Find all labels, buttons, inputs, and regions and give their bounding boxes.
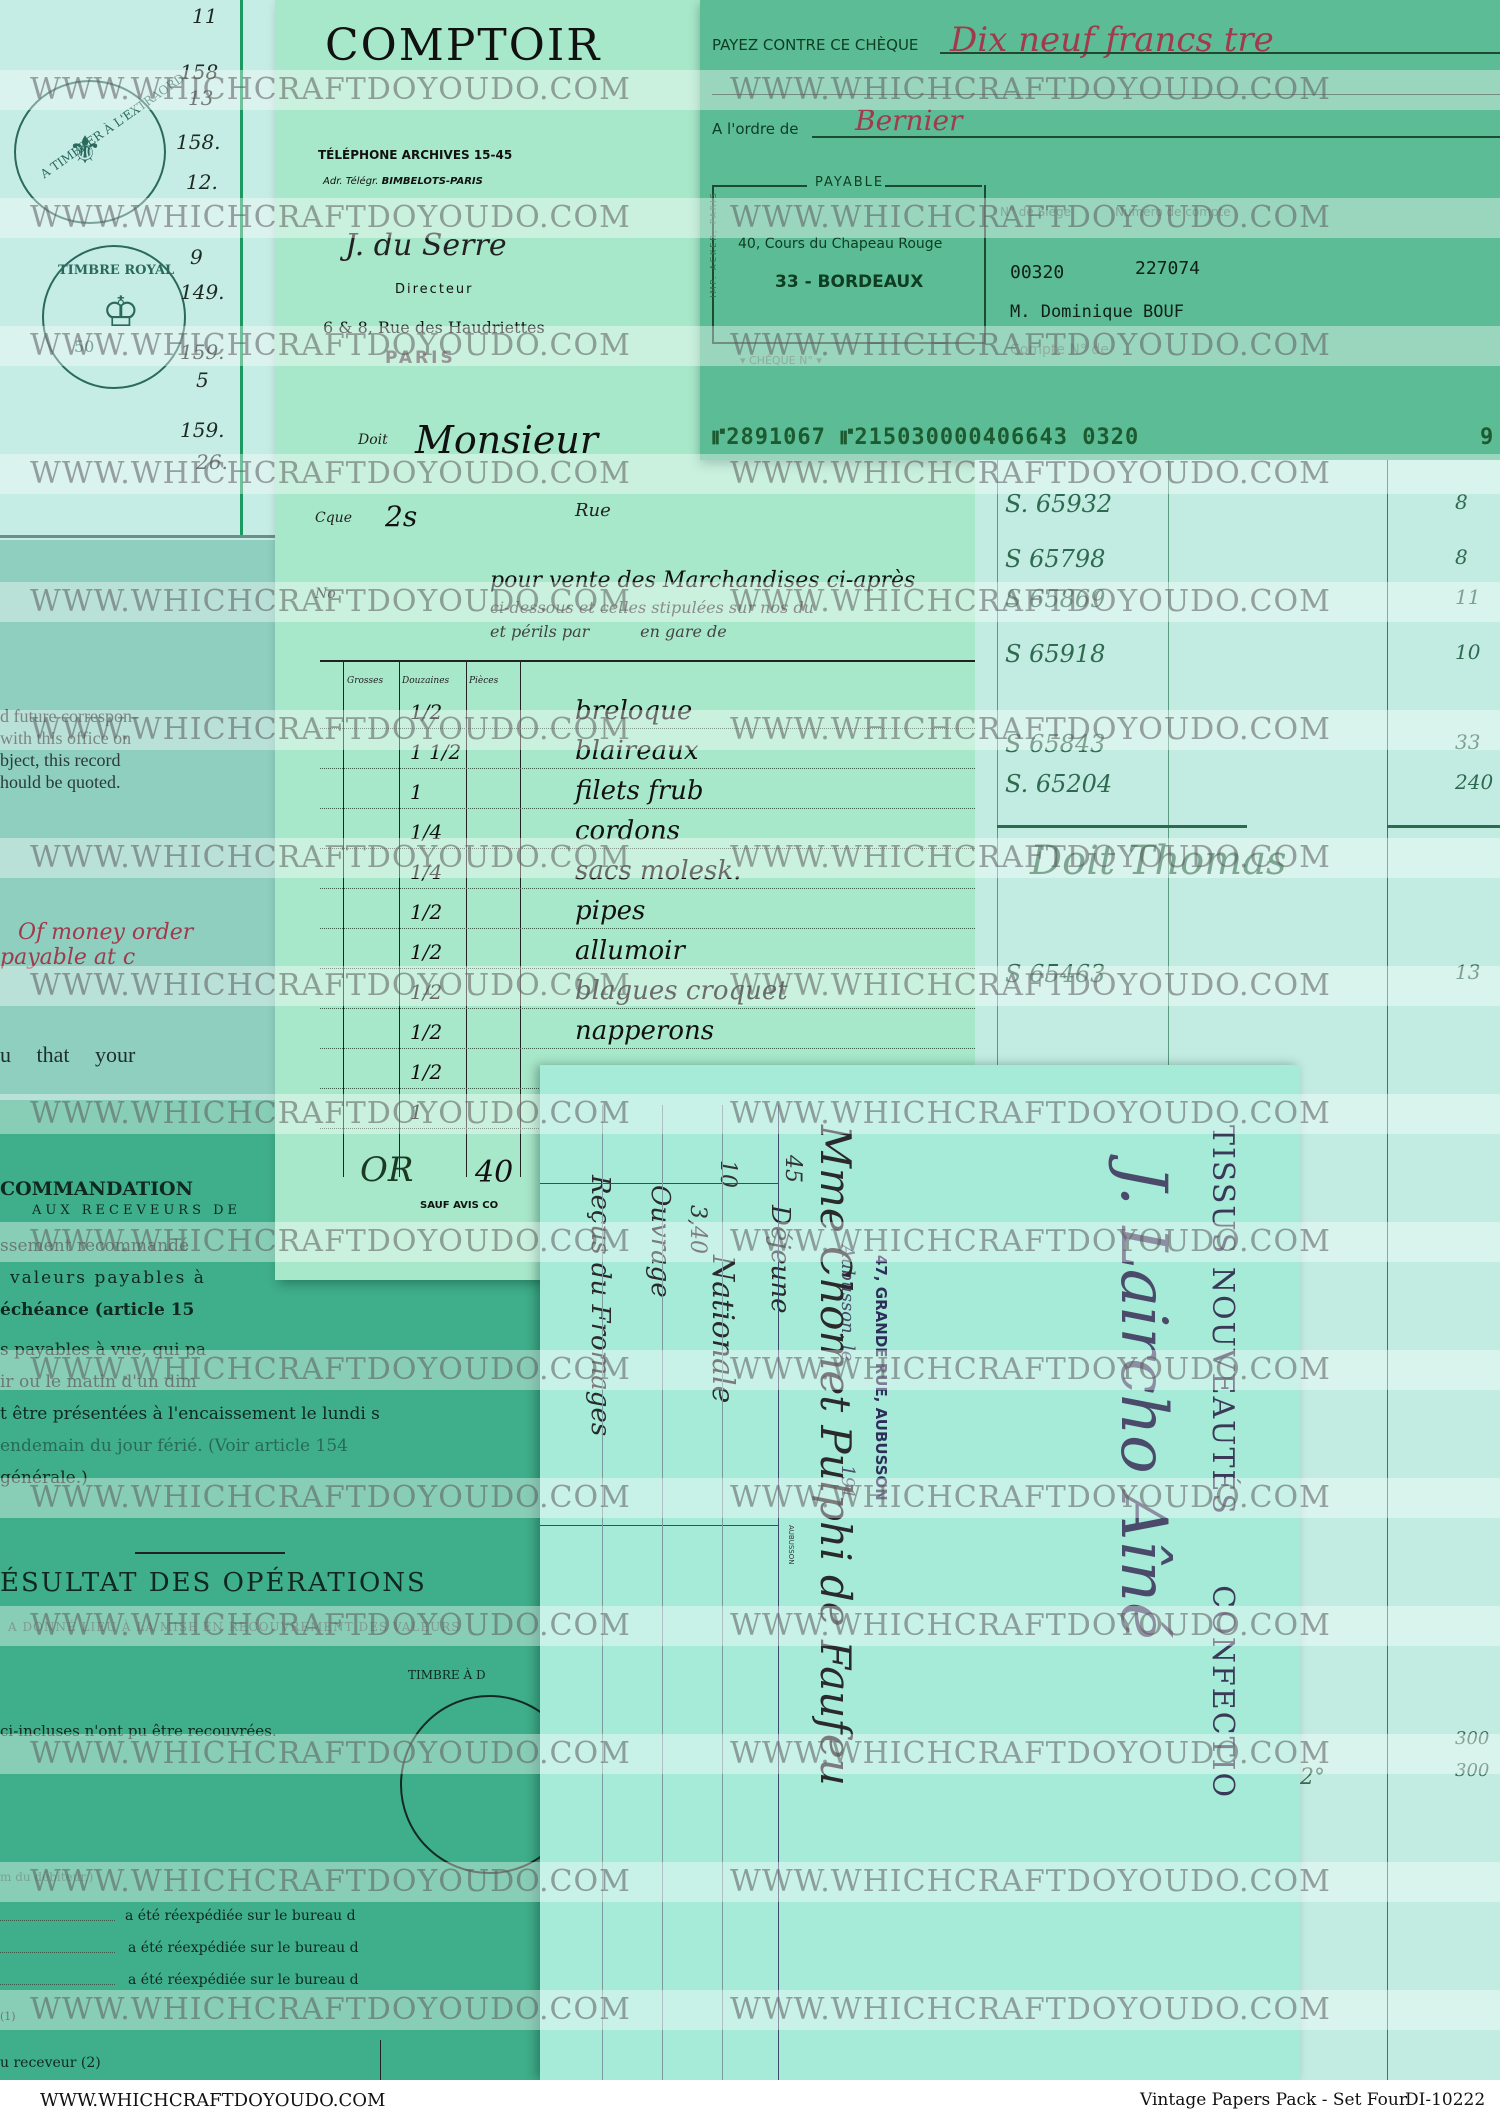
watermark-text: WWW.WHICHCRAFTDOYOUDO.COM: [30, 1224, 631, 1259]
collage-canvas: A TIMBRER À L'EXTRAORD. ⚜ TIMBRE ROYAL ♔…: [0, 0, 1500, 2080]
ledger-amount: 8: [1455, 545, 1468, 569]
watermark-text: WWW.WHICHCRAFTDOYOUDO.COM: [730, 328, 1331, 363]
footer-site: WWW.WHICHCRAFTDOYOUDO.COM: [40, 2090, 386, 2111]
item-description: allumoir: [575, 936, 685, 966]
watermark-text: WWW.WHICHCRAFTDOYOUDO.COM: [730, 584, 1331, 619]
ledger-entry: S. 65932: [1005, 490, 1112, 518]
page-edge: [0, 535, 275, 538]
watermark-text: WWW.WHICHCRAFTDOYOUDO.COM: [30, 968, 631, 1003]
watermark-text: WWW.WHICHCRAFTDOYOUDO.COM: [30, 200, 631, 235]
ledger-amount: 240: [1455, 770, 1493, 794]
watermark-text: WWW.WHICHCRAFTDOYOUDO.COM: [730, 1096, 1331, 1131]
watermark-text: WWW.WHICHCRAFTDOYOUDO.COM: [30, 1352, 631, 1387]
watermark-text: WWW.WHICHCRAFTDOYOUDO.COM: [730, 840, 1331, 875]
ledger-entry: S. 65204: [1005, 770, 1112, 798]
item-quantity: 1/2: [410, 1060, 442, 1084]
watermark-text: WWW.WHICHCRAFTDOYOUDO.COM: [730, 72, 1331, 107]
item-quantity: 1: [410, 780, 423, 804]
watermark-text: WWW.WHICHCRAFTDOYOUDO.COM: [30, 1608, 631, 1643]
watermark-text: WWW.WHICHCRAFTDOYOUDO.COM: [730, 456, 1331, 491]
ledger-entry: S 65798: [1005, 545, 1105, 573]
footer-code: DI-10222: [1405, 2090, 1485, 2110]
watermark-text: WWW.WHICHCRAFTDOYOUDO.COM: [30, 456, 631, 491]
watermark-text: WWW.WHICHCRAFTDOYOUDO.COM: [30, 1992, 631, 2027]
watermark-text: WWW.WHICHCRAFTDOYOUDO.COM: [30, 72, 631, 107]
item-description: napperons: [575, 1016, 714, 1046]
item-quantity: 1/2: [410, 1020, 442, 1044]
postmark-circle: [400, 1695, 540, 1874]
watermark-text: WWW.WHICHCRAFTDOYOUDO.COM: [30, 1480, 631, 1515]
watermark-text: WWW.WHICHCRAFTDOYOUDO.COM: [30, 840, 631, 875]
footer-title: Vintage Papers Pack - Set Four: [1140, 2090, 1407, 2110]
watermark-text: WWW.WHICHCRAFTDOYOUDO.COM: [730, 1608, 1331, 1643]
watermark-text: WWW.WHICHCRAFTDOYOUDO.COM: [730, 1480, 1331, 1515]
item-description: pipes: [575, 896, 645, 926]
tissus-invoice: TISSUS NOUVEAUTÉS CONFECTIO 47, GRANDE R…: [540, 1065, 1300, 2080]
watermark-text: WWW.WHICHCRAFTDOYOUDO.COM: [30, 584, 631, 619]
ledger-amount: 10: [1455, 640, 1480, 664]
watermark-text: WWW.WHICHCRAFTDOYOUDO.COM: [730, 200, 1331, 235]
watermark-text: WWW.WHICHCRAFTDOYOUDO.COM: [30, 1736, 631, 1771]
watermark-text: WWW.WHICHCRAFTDOYOUDO.COM: [30, 1096, 631, 1131]
watermark-text: WWW.WHICHCRAFTDOYOUDO.COM: [730, 712, 1331, 747]
watermark-text: WWW.WHICHCRAFTDOYOUDO.COM: [730, 1224, 1331, 1259]
ledger-entry: S 65918: [1005, 640, 1105, 668]
page-footer: WWW.WHICHCRAFTDOYOUDO.COM Vintage Papers…: [0, 2080, 1500, 2121]
watermark-text: WWW.WHICHCRAFTDOYOUDO.COM: [730, 1352, 1331, 1387]
watermark-text: WWW.WHICHCRAFTDOYOUDO.COM: [30, 328, 631, 363]
watermark-text: WWW.WHICHCRAFTDOYOUDO.COM: [30, 1864, 631, 1899]
item-description: filets frub: [575, 776, 704, 806]
item-quantity: 1/2: [410, 900, 442, 924]
item-quantity: 1/2: [410, 940, 442, 964]
letter-fragment: d future correspon- with this office on …: [0, 540, 275, 1100]
watermark-text: WWW.WHICHCRAFTDOYOUDO.COM: [730, 1992, 1331, 2027]
watermark-text: WWW.WHICHCRAFTDOYOUDO.COM: [30, 712, 631, 747]
watermark-text: WWW.WHICHCRAFTDOYOUDO.COM: [730, 968, 1331, 1003]
timbre-royal-stamp-icon: TIMBRE ROYAL ♔ 50: [42, 245, 186, 389]
watermark-text: WWW.WHICHCRAFTDOYOUDO.COM: [730, 1864, 1331, 1899]
watermark-text: WWW.WHICHCRAFTDOYOUDO.COM: [730, 1736, 1331, 1771]
